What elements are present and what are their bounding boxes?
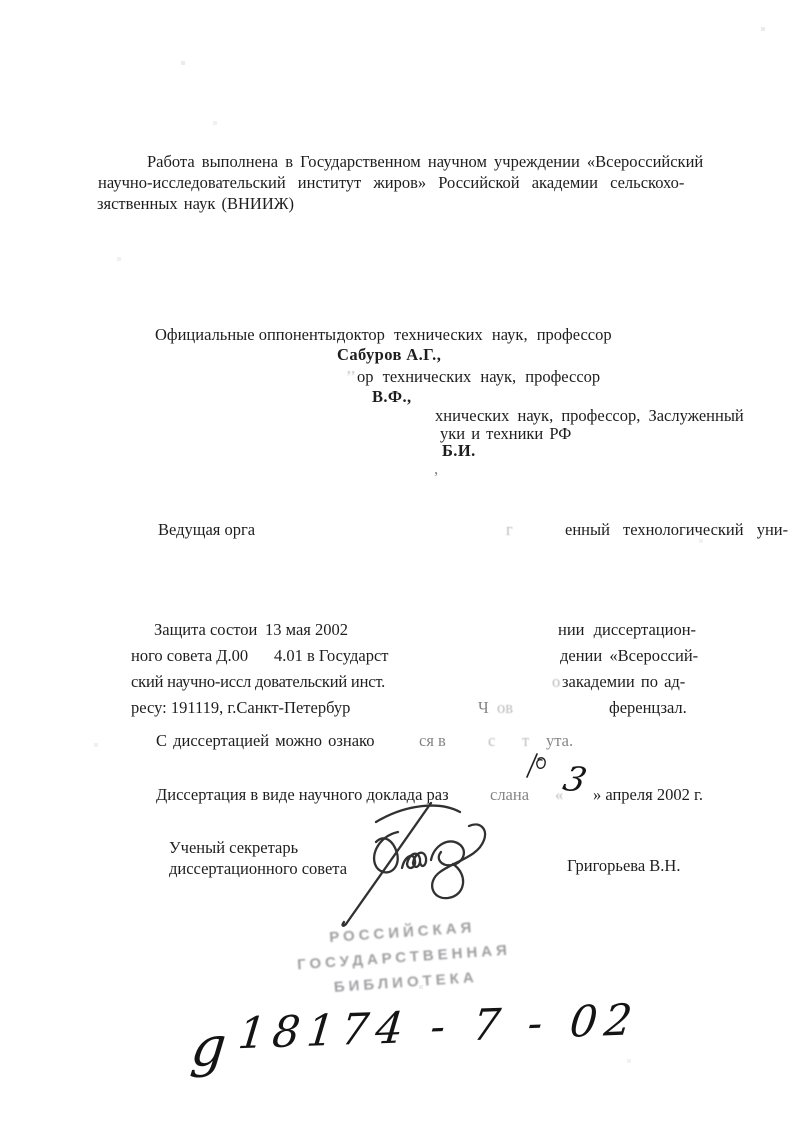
opponent-2-name: В.Ф., [372, 388, 412, 406]
familiarize-left: С диссертацией можно ознако [156, 732, 374, 750]
familiarize-frag-e: ута. [546, 732, 573, 750]
secretary-name: Григорьева В.Н. [567, 857, 680, 875]
defense-line-2-mid: 4.01 в Государст [274, 647, 389, 665]
familiarize-frag-c: с [488, 732, 495, 750]
familiarize-frag-b: ся в [419, 732, 446, 750]
leading-org-left: Ведущая орга [158, 521, 255, 539]
opponents-label: Официальные оппоненты: [155, 326, 341, 344]
defense-line-1-right: нии диссертацион- [558, 621, 696, 639]
defense-line-1-date: 13 мая 2002 [265, 621, 348, 639]
stray-comma-artifact: , [434, 460, 438, 478]
handwritten-day: 3 [559, 759, 590, 800]
scan-noise [0, 0, 2, 2]
defense-line-3-left: ский научно-иссл довательский инст. [131, 673, 385, 691]
opponent-1-degree: доктор технических наук, профессор [337, 326, 612, 344]
pen-mark [524, 750, 550, 780]
handwritten-prefix: g [188, 1014, 235, 1079]
signature [336, 798, 516, 930]
handwritten-number: 18174 - 7 - 02 [236, 995, 642, 1059]
opponent-2-degree-ghost-mark: ’’ [346, 368, 356, 386]
opponent-3-name: Б.И. [442, 442, 476, 460]
scanned-dissertation-page: Работа выполнена в Государственном научн… [0, 0, 798, 1132]
leading-org-ghost: г [506, 521, 513, 539]
defense-line-4-mid: Ч [478, 699, 489, 717]
secretary-title-line-2: диссертационного совета [169, 860, 347, 878]
defense-line-4-left: ресу: 191119, г.Санкт-Петербур [131, 699, 350, 717]
defense-line-2-right: дении «Всероссий- [560, 647, 698, 665]
performed-at-line-2: научно-исследовательский институт жиров»… [98, 174, 684, 192]
defense-line-4-right: ференцзал. [609, 699, 687, 717]
mailed-right: » апреля 2002 г. [593, 786, 703, 804]
defense-line-3-ghost: о [552, 673, 560, 691]
opponent-3-degree-line-1: хнических наук, профессор, Заслуженный [435, 407, 744, 425]
performed-at-line-1: Работа выполнена в Государственном научн… [147, 153, 703, 171]
opponent-1-name: Сабуров А.Г., [337, 346, 441, 364]
leading-org-right: енный технологический уни- [565, 521, 788, 539]
secretary-title-line-1: Ученый секретарь [169, 839, 298, 857]
familiarize-frag-d: т [522, 732, 529, 750]
defense-line-3-right: закадемии по ад- [562, 673, 685, 691]
handwritten-accession-number: g 18174 - 7 - 02 [190, 984, 643, 1063]
defense-line-1-left: Защита состои [154, 621, 257, 639]
opponent-2-degree: ор технических наук, профессор [357, 368, 600, 386]
performed-at-line-3: зяственных наук (ВНИИЖ) [97, 195, 294, 213]
defense-line-2-left: ного совета Д.00 [131, 647, 248, 665]
defense-line-4-mid-ghost: ов [497, 699, 513, 717]
